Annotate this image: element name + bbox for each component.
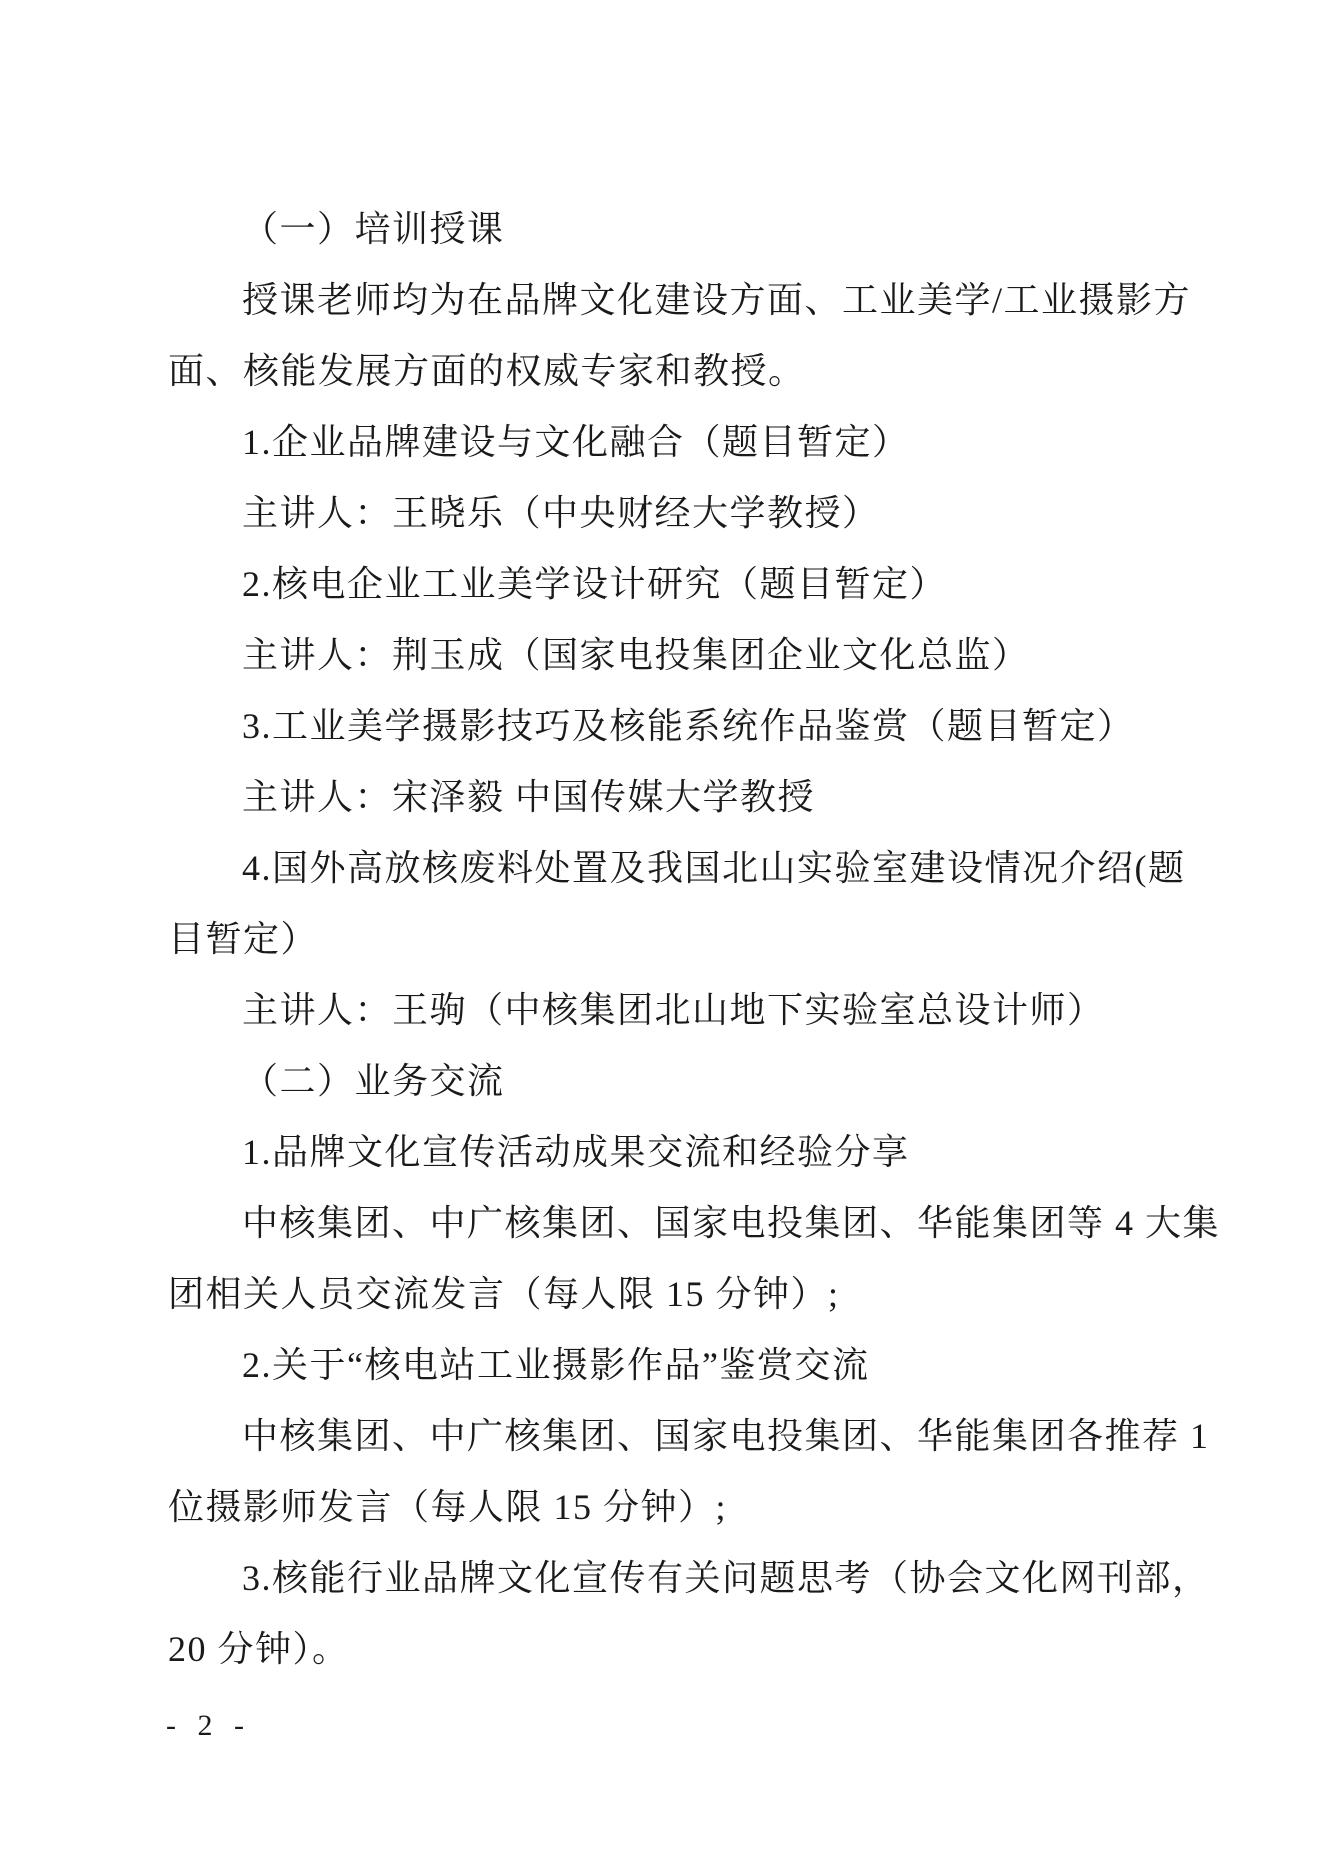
document-line: 主讲人：王驹（中核集团北山地下实验室总设计师） [168,975,1178,1046]
document-line: （一）培训授课 [168,194,1178,265]
document-line: 主讲人：王晓乐（中央财经大学教授） [168,478,1178,549]
document-line: 位摄影师发言（每人限 15 分钟）; [168,1472,1178,1543]
document-line: 团相关人员交流发言（每人限 15 分钟）; [168,1259,1178,1330]
document-line: 4.国外高放核废料处置及我国北山实验室建设情况介绍(题 [168,833,1178,904]
document-page: （一）培训授课授课老师均为在品牌文化建设方面、工业美学/工业摄影方面、核能发展方… [0,0,1323,1871]
document-line: 3.核能行业品牌文化宣传有关问题思考（协会文化网刊部， [168,1543,1178,1614]
document-line: （二）业务交流 [168,1046,1178,1117]
document-line: 主讲人：宋泽毅 中国传媒大学教授 [168,762,1178,833]
document-line: 1.企业品牌建设与文化融合（题目暂定） [168,407,1178,478]
document-line: 授课老师均为在品牌文化建设方面、工业美学/工业摄影方 [168,265,1178,336]
page-number: - 2 - [166,1706,251,1746]
document-line: 主讲人：荆玉成（国家电投集团企业文化总监） [168,620,1178,691]
document-line: 2.关于“核电站工业摄影作品”鉴赏交流 [168,1330,1178,1401]
document-line: 面、核能发展方面的权威专家和教授。 [168,336,1178,407]
document-line: 目暂定） [168,904,1178,975]
document-line: 中核集团、中广核集团、国家电投集团、华能集团等 4 大集 [168,1188,1178,1259]
document-line: 20 分钟）。 [168,1614,1178,1685]
document-line: 中核集团、中广核集团、国家电投集团、华能集团各推荐 1 [168,1401,1178,1472]
document-line: 2.核电企业工业美学设计研究（题目暂定） [168,549,1178,620]
document-text-block: （一）培训授课授课老师均为在品牌文化建设方面、工业美学/工业摄影方面、核能发展方… [168,194,1178,1685]
document-line: 3.工业美学摄影技巧及核能系统作品鉴赏（题目暂定） [168,691,1178,762]
document-line: 1.品牌文化宣传活动成果交流和经验分享 [168,1117,1178,1188]
